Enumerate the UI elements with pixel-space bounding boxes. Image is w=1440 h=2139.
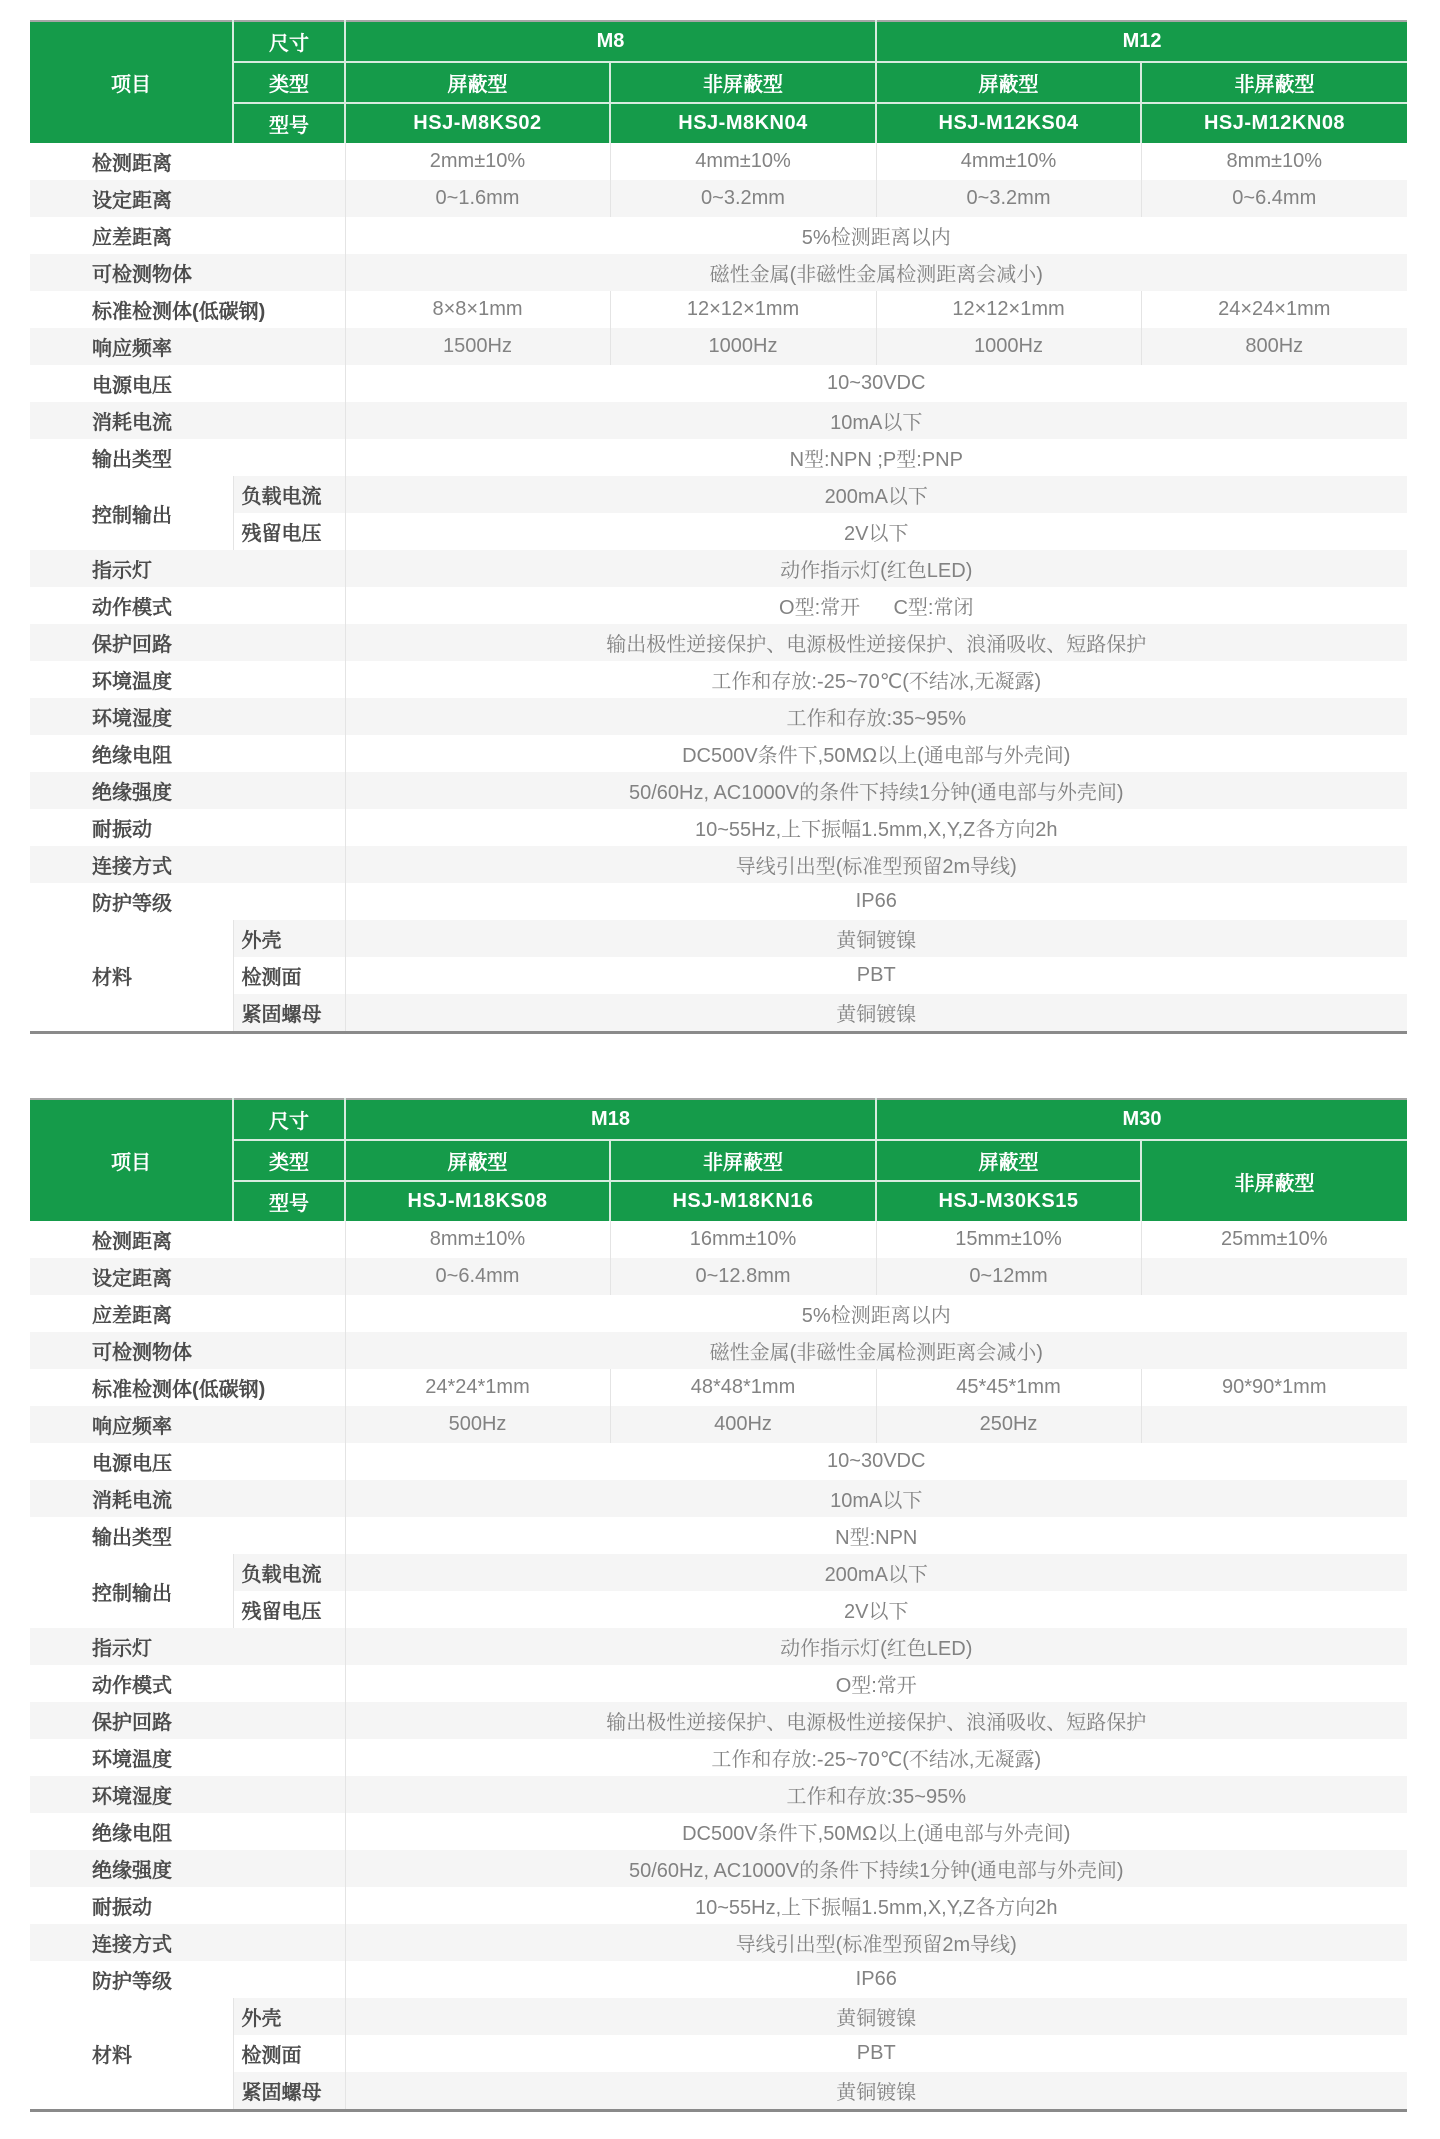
spec-row-detectable-object: 可检测物体 磁性金属(非磁性金属检测距离会减小) [30, 254, 1407, 291]
spec-value: 0~12mm [876, 1258, 1141, 1295]
spec-row-material-nut: 紧固螺母 黄铜镀镍 [30, 994, 1407, 1033]
spec-value: 0~3.2mm [610, 180, 876, 217]
spec-value: 400Hz [610, 1406, 876, 1443]
spec-value: PBT [345, 957, 1407, 994]
spec-value: 90*90*1mm [1141, 1369, 1407, 1406]
spec-row-response-frequency: 响应频率 500Hz 400Hz 250Hz [30, 1406, 1407, 1443]
row-label: 耐振动 [30, 809, 345, 846]
row-label: 响应频率 [30, 328, 345, 365]
spec-row-action-mode: 动作模式 O型:常开 [30, 1665, 1407, 1702]
spec-value: 动作指示灯(红色LED) [345, 550, 1407, 587]
sub-row-label: 检测面 [233, 2035, 345, 2072]
spec-row-protection-circuit: 保护回路 输出极性逆接保护、电源极性逆接保护、浪涌吸收、短路保护 [30, 624, 1407, 661]
table-m18-m30-wrap: 项目 尺寸 M18 M30 类型 屏蔽型 非屏蔽型 屏蔽型 非屏蔽型 型号 HS… [30, 1098, 1410, 2112]
spec-value: 12×12×1mm [876, 291, 1141, 328]
model-cell: HSJ-M12KN08 [1141, 103, 1407, 143]
header-type-cell: 屏蔽型 [345, 1140, 610, 1181]
header-type-row: 类型 屏蔽型 非屏蔽型 屏蔽型 非屏蔽型 [30, 62, 1407, 103]
row-label: 环境温度 [30, 661, 345, 698]
spec-value: 10~55Hz,上下振幅1.5mm,X,Y,Z各方向2h [345, 809, 1407, 846]
row-label: 防护等级 [30, 883, 345, 920]
header-model-label: 型号 [233, 103, 345, 143]
header-type-label: 类型 [233, 62, 345, 103]
spec-value: 4mm±10% [876, 143, 1141, 180]
group-label-control-output: 控制输出 [30, 476, 233, 550]
sub-row-label: 外壳 [233, 920, 345, 957]
spec-row-material-shell: 材料 外壳 黄铜镀镍 [30, 920, 1407, 957]
header-size-label: 尺寸 [233, 21, 345, 62]
spec-value: 4mm±10% [610, 143, 876, 180]
row-label: 保护回路 [30, 624, 345, 661]
spec-value: 200mA以下 [345, 476, 1407, 513]
spec-row-dielectric-strength: 绝缘强度 50/60Hz, AC1000V的条件下持续1分钟(通电部与外壳间) [30, 1850, 1407, 1887]
spec-row-supply-voltage: 电源电压 10~30VDC [30, 365, 1407, 402]
row-label: 绝缘电阻 [30, 735, 345, 772]
spec-row-connection-type: 连接方式 导线引出型(标准型预留2m导线) [30, 846, 1407, 883]
row-label: 保护回路 [30, 1702, 345, 1739]
header-type-cell: 非屏蔽型 [610, 1140, 876, 1181]
spec-value: 10~55Hz,上下振幅1.5mm,X,Y,Z各方向2h [345, 1887, 1407, 1924]
header-item-cell: 项目 [30, 21, 233, 143]
header-type-cell: 屏蔽型 [876, 62, 1141, 103]
spec-value: 15mm±10% [876, 1221, 1141, 1258]
spec-value: N型:NPN ;P型:PNP [345, 439, 1407, 476]
spec-value: 输出极性逆接保护、电源极性逆接保护、浪涌吸收、短路保护 [345, 624, 1407, 661]
spec-value: 1500Hz [345, 328, 610, 365]
spec-value: 10mA以下 [345, 1480, 1407, 1517]
spec-value: 0~1.6mm [345, 180, 610, 217]
spec-row-ambient-temperature: 环境温度 工作和存放:-25~70℃(不结冰,无凝露) [30, 1739, 1407, 1776]
row-label: 防护等级 [30, 1961, 345, 1998]
spec-value: 24*24*1mm [345, 1369, 610, 1406]
spec-value: 工作和存放:-25~70℃(不结冰,无凝露) [345, 1739, 1407, 1776]
spec-value: 黄铜镀镍 [345, 1998, 1407, 2035]
spec-row-detectable-object: 可检测物体 磁性金属(非磁性金属检测距离会减小) [30, 1332, 1407, 1369]
spec-table-m18-m30: 项目 尺寸 M18 M30 类型 屏蔽型 非屏蔽型 屏蔽型 非屏蔽型 型号 HS… [30, 1098, 1407, 2112]
spec-row-indicator: 指示灯 动作指示灯(红色LED) [30, 550, 1407, 587]
spec-row-material-shell: 材料 外壳 黄铜镀镍 [30, 1998, 1407, 2035]
spec-value: 12×12×1mm [610, 291, 876, 328]
header-type-cell: 屏蔽型 [345, 62, 610, 103]
spec-value: O型:常开 [345, 1665, 1407, 1702]
spec-row-consumption-current: 消耗电流 10mA以下 [30, 1480, 1407, 1517]
row-label: 环境湿度 [30, 1776, 345, 1813]
spec-value: 动作指示灯(红色LED) [345, 1628, 1407, 1665]
spec-value: 0~6.4mm [1141, 180, 1407, 217]
spec-row-setting-distance: 设定距离 0~6.4mm 0~12.8mm 0~12mm [30, 1258, 1407, 1295]
spec-value: 45*45*1mm [876, 1369, 1141, 1406]
sub-row-label: 残留电压 [233, 513, 345, 550]
spec-row-indicator: 指示灯 动作指示灯(红色LED) [30, 1628, 1407, 1665]
spec-row-action-mode: 动作模式 O型:常开 C型:常闭 [30, 587, 1407, 624]
spec-value: 8×8×1mm [345, 291, 610, 328]
row-label: 绝缘强度 [30, 772, 345, 809]
spec-row-material-face: 检测面 PBT [30, 957, 1407, 994]
header-size-row: 项目 尺寸 M18 M30 [30, 1099, 1407, 1140]
sub-row-label: 负载电流 [233, 1554, 345, 1591]
table-m8-m12-wrap: 项目 尺寸 M8 M12 类型 屏蔽型 非屏蔽型 屏蔽型 非屏蔽型 型号 HSJ… [30, 20, 1410, 1034]
row-label: 设定距离 [30, 1258, 345, 1295]
spec-value: 磁性金属(非磁性金属检测距离会减小) [345, 1332, 1407, 1369]
row-label: 输出类型 [30, 1517, 345, 1554]
spec-value: 黄铜镀镍 [345, 920, 1407, 957]
group-label-material: 材料 [30, 920, 233, 1033]
spec-row-hysteresis: 应差距离 5%检测距离以内 [30, 1295, 1407, 1332]
header-size-m8: M8 [345, 21, 876, 62]
spec-row-standard-object: 标准检测体(低碳钢) 8×8×1mm 12×12×1mm 12×12×1mm 2… [30, 291, 1407, 328]
spec-value: DC500V条件下,50MΩ以上(通电部与外壳间) [345, 1813, 1407, 1850]
header-size-row: 项目 尺寸 M8 M12 [30, 21, 1407, 62]
row-label: 消耗电流 [30, 1480, 345, 1517]
spec-row-ambient-humidity: 环境湿度 工作和存放:35~95% [30, 698, 1407, 735]
row-label: 响应频率 [30, 1406, 345, 1443]
spec-row-output-type: 输出类型 N型:NPN [30, 1517, 1407, 1554]
spec-table-m8-m12: 项目 尺寸 M8 M12 类型 屏蔽型 非屏蔽型 屏蔽型 非屏蔽型 型号 HSJ… [30, 20, 1407, 1034]
header-item-cell: 项目 [30, 1099, 233, 1221]
spec-value: PBT [345, 2035, 1407, 2072]
sub-row-label: 紧固螺母 [233, 994, 345, 1033]
spec-value: 黄铜镀镍 [345, 2072, 1407, 2111]
model-cell: HSJ-M8KN04 [610, 103, 876, 143]
row-label: 绝缘强度 [30, 1850, 345, 1887]
spec-value: 5%检测距离以内 [345, 1295, 1407, 1332]
spec-row-ambient-temperature: 环境温度 工作和存放:-25~70℃(不结冰,无凝露) [30, 661, 1407, 698]
spec-value: 0~12.8mm [610, 1258, 876, 1295]
spec-value: 16mm±10% [610, 1221, 876, 1258]
spec-value: 10~30VDC [345, 365, 1407, 402]
sub-row-label: 残留电压 [233, 1591, 345, 1628]
group-label-material: 材料 [30, 1998, 233, 2111]
spec-value: 磁性金属(非磁性金属检测距离会减小) [345, 254, 1407, 291]
row-label: 连接方式 [30, 846, 345, 883]
spec-row-dielectric-strength: 绝缘强度 50/60Hz, AC1000V的条件下持续1分钟(通电部与外壳间) [30, 772, 1407, 809]
row-label: 可检测物体 [30, 254, 345, 291]
spec-row-insulation-resistance: 绝缘电阻 DC500V条件下,50MΩ以上(通电部与外壳间) [30, 1813, 1407, 1850]
spec-row-load-current: 控制输出 负载电流 200mA以下 [30, 1554, 1407, 1591]
spec-value: DC500V条件下,50MΩ以上(通电部与外壳间) [345, 735, 1407, 772]
spec-row-response-frequency: 响应频率 1500Hz 1000Hz 1000Hz 800Hz [30, 328, 1407, 365]
row-label: 环境温度 [30, 1739, 345, 1776]
spec-value: 50/60Hz, AC1000V的条件下持续1分钟(通电部与外壳间) [345, 772, 1407, 809]
row-label: 可检测物体 [30, 1332, 345, 1369]
header-type-cell: 屏蔽型 [876, 1140, 1141, 1181]
spec-row-residual-voltage: 残留电压 2V以下 [30, 1591, 1407, 1628]
spec-row-vibration-resistance: 耐振动 10~55Hz,上下振幅1.5mm,X,Y,Z各方向2h [30, 1887, 1407, 1924]
spec-row-material-nut: 紧固螺母 黄铜镀镍 [30, 2072, 1407, 2111]
spec-row-standard-object: 标准检测体(低碳钢) 24*24*1mm 48*48*1mm 45*45*1mm… [30, 1369, 1407, 1406]
row-label: 电源电压 [30, 1443, 345, 1480]
spec-value: 10mA以下 [345, 402, 1407, 439]
spec-row-protection-rating: 防护等级 IP66 [30, 1961, 1407, 1998]
spec-value: 导线引出型(标准型预留2m导线) [345, 1924, 1407, 1961]
header-size-m18: M18 [345, 1099, 876, 1140]
row-label: 连接方式 [30, 1924, 345, 1961]
row-label: 标准检测体(低碳钢) [30, 291, 345, 328]
spec-row-vibration-resistance: 耐振动 10~55Hz,上下振幅1.5mm,X,Y,Z各方向2h [30, 809, 1407, 846]
spec-value: 10~30VDC [345, 1443, 1407, 1480]
spec-value [1141, 1258, 1407, 1295]
spec-value: 工作和存放:35~95% [345, 698, 1407, 735]
spec-value: 24×24×1mm [1141, 291, 1407, 328]
row-label: 检测距离 [30, 143, 345, 180]
header-type-cell: 非屏蔽型 [1141, 62, 1407, 103]
spec-row-ambient-humidity: 环境湿度 工作和存放:35~95% [30, 1776, 1407, 1813]
table-header: 项目 尺寸 M8 M12 类型 屏蔽型 非屏蔽型 屏蔽型 非屏蔽型 型号 HSJ… [30, 21, 1407, 143]
row-label: 标准检测体(低碳钢) [30, 1369, 345, 1406]
sub-row-label: 外壳 [233, 1998, 345, 2035]
sub-row-label: 负载电流 [233, 476, 345, 513]
row-label: 绝缘电阻 [30, 1813, 345, 1850]
row-label: 动作模式 [30, 587, 345, 624]
spec-row-material-face: 检测面 PBT [30, 2035, 1407, 2072]
model-cell: HSJ-M18KN16 [610, 1181, 876, 1221]
spec-row-detect-distance: 检测距离 2mm±10% 4mm±10% 4mm±10% 8mm±10% [30, 143, 1407, 180]
spec-value: 1000Hz [876, 328, 1141, 365]
spec-value: O型:常开 C型:常闭 [345, 587, 1407, 624]
header-size-m12: M12 [876, 21, 1407, 62]
row-label: 消耗电流 [30, 402, 345, 439]
spec-page: 项目 尺寸 M8 M12 类型 屏蔽型 非屏蔽型 屏蔽型 非屏蔽型 型号 HSJ… [0, 0, 1440, 2139]
row-label: 应差距离 [30, 217, 345, 254]
spec-row-load-current: 控制输出 负载电流 200mA以下 [30, 476, 1407, 513]
spec-value: 黄铜镀镍 [345, 994, 1407, 1033]
spec-value: 200mA以下 [345, 1554, 1407, 1591]
header-model-row: 型号 HSJ-M8KS02 HSJ-M8KN04 HSJ-M12KS04 HSJ… [30, 103, 1407, 143]
spec-value: 2V以下 [345, 513, 1407, 550]
row-label: 输出类型 [30, 439, 345, 476]
spec-row-residual-voltage: 残留电压 2V以下 [30, 513, 1407, 550]
spec-value: 500Hz [345, 1406, 610, 1443]
header-type-row: 类型 屏蔽型 非屏蔽型 屏蔽型 非屏蔽型 [30, 1140, 1407, 1181]
model-cell: HSJ-M18KS08 [345, 1181, 610, 1221]
row-label: 检测距离 [30, 1221, 345, 1258]
spec-row-output-type: 输出类型 N型:NPN ;P型:PNP [30, 439, 1407, 476]
spec-row-protection-rating: 防护等级 IP66 [30, 883, 1407, 920]
spec-value: 800Hz [1141, 328, 1407, 365]
row-label: 设定距离 [30, 180, 345, 217]
spec-value: 1000Hz [610, 328, 876, 365]
spec-row-supply-voltage: 电源电压 10~30VDC [30, 1443, 1407, 1480]
spec-value: 25mm±10% [1141, 1221, 1407, 1258]
spec-value: 导线引出型(标准型预留2m导线) [345, 846, 1407, 883]
sub-row-label: 紧固螺母 [233, 2072, 345, 2111]
spec-row-setting-distance: 设定距离 0~1.6mm 0~3.2mm 0~3.2mm 0~6.4mm [30, 180, 1407, 217]
model-cell: HSJ-M12KS04 [876, 103, 1141, 143]
row-label: 指示灯 [30, 550, 345, 587]
model-cell: HSJ-M8KS02 [345, 103, 610, 143]
spec-row-consumption-current: 消耗电流 10mA以下 [30, 402, 1407, 439]
spec-value: 250Hz [876, 1406, 1141, 1443]
spec-row-detect-distance: 检测距离 8mm±10% 16mm±10% 15mm±10% 25mm±10% [30, 1221, 1407, 1258]
spec-value: 2V以下 [345, 1591, 1407, 1628]
spec-row-insulation-resistance: 绝缘电阻 DC500V条件下,50MΩ以上(通电部与外壳间) [30, 735, 1407, 772]
spec-value: 50/60Hz, AC1000V的条件下持续1分钟(通电部与外壳间) [345, 1850, 1407, 1887]
table-header: 项目 尺寸 M18 M30 类型 屏蔽型 非屏蔽型 屏蔽型 非屏蔽型 型号 HS… [30, 1099, 1407, 1221]
spec-value: 5%检测距离以内 [345, 217, 1407, 254]
row-label: 耐振动 [30, 1887, 345, 1924]
spec-value: 工作和存放:-25~70℃(不结冰,无凝露) [345, 661, 1407, 698]
spec-value: IP66 [345, 883, 1407, 920]
spec-row-connection-type: 连接方式 导线引出型(标准型预留2m导线) [30, 1924, 1407, 1961]
spec-value [1141, 1406, 1407, 1443]
header-size-label: 尺寸 [233, 1099, 345, 1140]
spec-row-hysteresis: 应差距离 5%检测距离以内 [30, 217, 1407, 254]
header-type-cell: 非屏蔽型 [610, 62, 876, 103]
spec-value: 48*48*1mm [610, 1369, 876, 1406]
spec-value: 输出极性逆接保护、电源极性逆接保护、浪涌吸收、短路保护 [345, 1702, 1407, 1739]
row-label: 应差距离 [30, 1295, 345, 1332]
spec-value: N型:NPN [345, 1517, 1407, 1554]
row-label: 动作模式 [30, 1665, 345, 1702]
header-size-m30: M30 [876, 1099, 1407, 1140]
header-model-label: 型号 [233, 1181, 345, 1221]
spec-value: 8mm±10% [1141, 143, 1407, 180]
model-cell: HSJ-M30KS15 [876, 1181, 1141, 1221]
spec-value: 工作和存放:35~95% [345, 1776, 1407, 1813]
sub-row-label: 检测面 [233, 957, 345, 994]
row-label: 环境湿度 [30, 698, 345, 735]
spec-row-protection-circuit: 保护回路 输出极性逆接保护、电源极性逆接保护、浪涌吸收、短路保护 [30, 1702, 1407, 1739]
row-label: 电源电压 [30, 365, 345, 402]
header-type-label: 类型 [233, 1140, 345, 1181]
spec-value: 2mm±10% [345, 143, 610, 180]
spec-value: IP66 [345, 1961, 1407, 1998]
spec-value: 0~6.4mm [345, 1258, 610, 1295]
row-label: 指示灯 [30, 1628, 345, 1665]
spec-value: 8mm±10% [345, 1221, 610, 1258]
spec-value: 0~3.2mm [876, 180, 1141, 217]
group-label-control-output: 控制输出 [30, 1554, 233, 1628]
header-type-merged-cell: 非屏蔽型 [1141, 1140, 1407, 1221]
